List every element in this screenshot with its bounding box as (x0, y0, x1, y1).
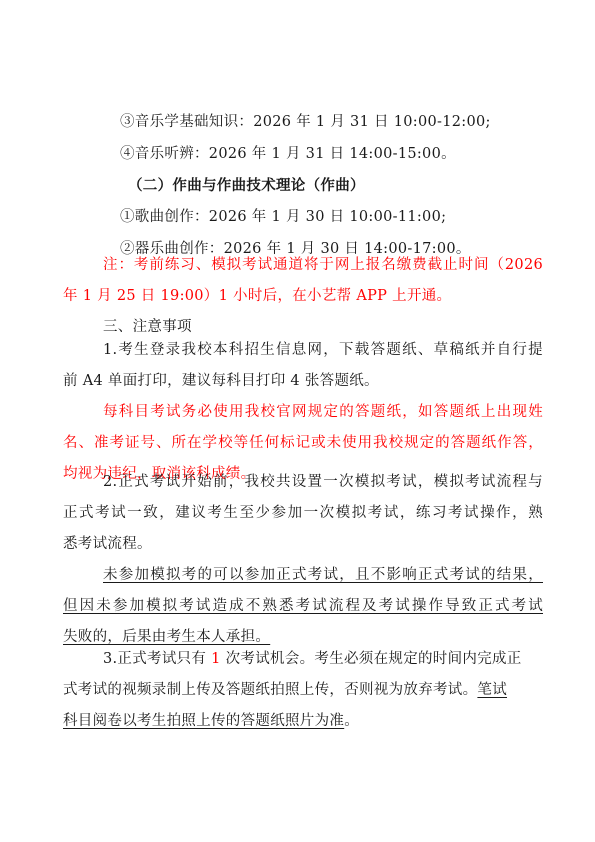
para3-line2-underlined: 笔试 (477, 682, 507, 698)
para2-line2: 正式考试一致，建议考生至少参加一次模拟考试，练习考试操作，熟 (63, 504, 543, 522)
exam-chance-count: 1 (211, 651, 221, 667)
para3-line3-end: 。 (344, 713, 359, 729)
underlined-line-3: 失败的，后果由考生本人承担。 (63, 628, 270, 646)
para3-line2-text: 式考试的视频录制上传及答题纸拍照上传，否则视为放弃考试。 (63, 682, 477, 698)
para3-line2: 式考试的视频录制上传及答题纸拍照上传，否则视为放弃考试。笔试 (63, 681, 507, 699)
schedule-item-ear-training: ④音乐听辨：2026 年 1 月 31 日 14:00-15:00。 (120, 145, 456, 163)
para1-line1: 1.考生登录我校本科招生信息网，下载答题纸、草稿纸并自行提 (103, 341, 543, 359)
para3-line1-end: 次考试机会。考生必须在规定的时间内完成正 (221, 651, 522, 667)
note-line-1: 注：考前练习、模拟考试通道将于网上报名缴费截止时间（2026 (103, 256, 543, 274)
warning-line-1: 每科目考试务必使用我校官网规定的答题纸，如答题纸上出现姓 (103, 403, 543, 421)
composition-section-title: （二）作曲与作曲技术理论（作曲） (128, 177, 365, 195)
para3-line3: 科目阅卷以考生拍照上传的答题纸照片为准。 (63, 712, 359, 730)
document-page: ③音乐学基础知识：2026 年 1 月 31 日 10:00-12:00; ④音… (0, 0, 595, 842)
para3-line3-underlined: 科目阅卷以考生拍照上传的答题纸照片为准 (63, 713, 344, 729)
para1-line2: 前 A4 单面打印，建议每科目打印 4 张答题纸。 (63, 372, 379, 390)
underlined-line-2: 但因未参加模拟考试造成不熟悉考试流程及考试操作导致正式考试 (63, 597, 543, 615)
schedule-item-song-composition: ①歌曲创作：2026 年 1 月 30 日 10:00-11:00; (120, 208, 446, 226)
warning-line-2: 名、准考证号、所在学校等任何标记或未使用我校规定的答题纸作答， (63, 434, 543, 452)
section-3-title: 三、注意事项 (103, 318, 192, 336)
para2-line1: 2.正式考试开始前，我校共设置一次模拟考试，模拟考试流程与 (103, 473, 543, 491)
underlined-line-1: 未参加模拟考的可以参加正式考试，且不影响正式考试的结果， (103, 566, 543, 584)
schedule-item-music-basics: ③音乐学基础知识：2026 年 1 月 31 日 10:00-12:00; (120, 113, 491, 131)
para2-line3: 悉考试流程。 (63, 535, 152, 553)
note-line-2: 年 1 月 25 日 19:00）1 小时后，在小艺帮 APP 上开通。 (63, 287, 451, 305)
para3-line1: 3.正式考试只有 1 次考试机会。考生必须在规定的时间内完成正 (103, 650, 522, 668)
para3-line1-start: 3.正式考试只有 (103, 651, 211, 667)
